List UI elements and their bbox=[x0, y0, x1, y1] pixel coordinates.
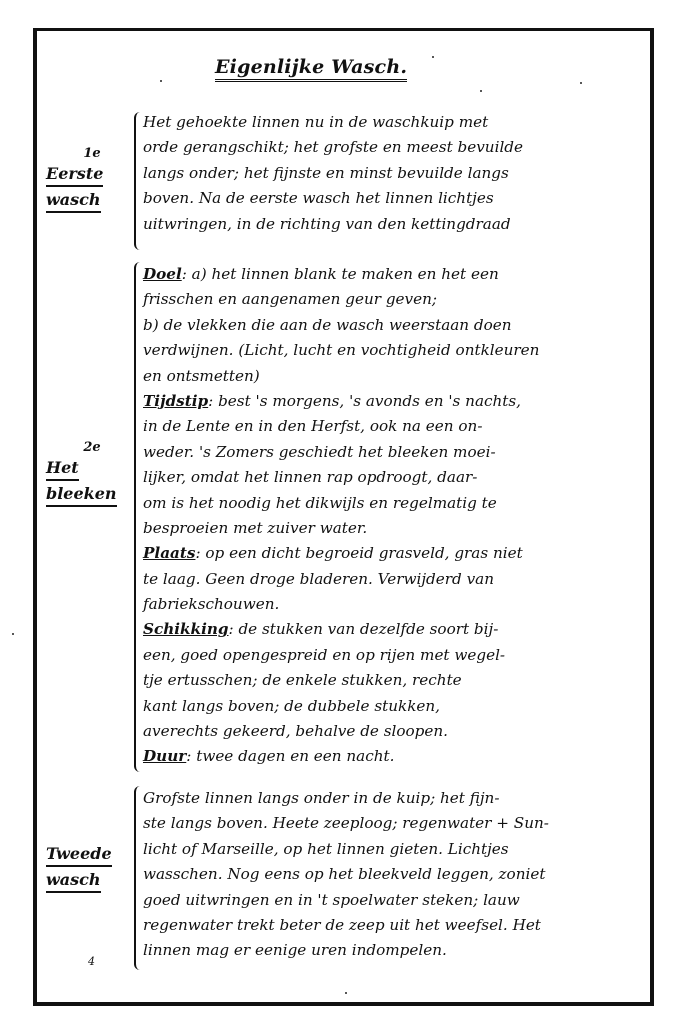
text-line: tje ertusschen; de enkele stukken, recht… bbox=[143, 668, 643, 693]
subheading: Doel bbox=[143, 265, 182, 283]
text-line: een, goed opengespreid en op rijen met w… bbox=[143, 643, 643, 668]
text-line: om is het noodig het dikwijls en regelma… bbox=[143, 491, 643, 516]
margin-note: 4 bbox=[88, 955, 95, 968]
text-line: ste langs boven. Heete zeeploog; regenwa… bbox=[143, 811, 643, 836]
subheading: Plaats bbox=[143, 544, 195, 562]
subheading: Duur bbox=[143, 747, 186, 765]
section-label-eerste-wasch: 1e Eerste wasch bbox=[46, 146, 122, 214]
text-line: verdwijnen. (Licht, lucht en vochtigheid… bbox=[143, 338, 643, 363]
subheading-text: : a) het linnen blank te maken en het ee… bbox=[182, 265, 499, 283]
text-line: regenwater trekt beter de zeep uit het w… bbox=[143, 913, 643, 938]
paper-speck bbox=[580, 82, 582, 84]
text-line: weder. 's Zomers geschiedt het bleeken m… bbox=[143, 440, 643, 465]
section-text-het-bleeken: Doel: a) het linnen blank te maken en he… bbox=[143, 262, 643, 770]
text-line: fabriekschouwen. bbox=[143, 592, 643, 617]
section-number: 2e bbox=[46, 440, 122, 456]
text-line: besproeien met zuiver water. bbox=[143, 516, 643, 541]
section-label-line: Het bbox=[46, 457, 79, 481]
paper-speck bbox=[432, 56, 434, 58]
section-label-het-bleeken: 2e Het bleeken bbox=[46, 440, 122, 508]
subheading: Schikking bbox=[143, 620, 229, 638]
text-line: uitwringen, in de richting van den ketti… bbox=[143, 212, 643, 237]
section-label-line: wasch bbox=[46, 189, 101, 213]
text-line: Grofste linnen langs onder in de kuip; h… bbox=[143, 786, 643, 811]
paper-speck bbox=[160, 80, 162, 82]
text-line: linnen mag er eenige uren indompelen. bbox=[143, 938, 643, 963]
text-line: b) de vlekken die aan de wasch weerstaan… bbox=[143, 313, 643, 338]
text-line: kant langs boven; de dubbele stukken, bbox=[143, 694, 643, 719]
text-line: Doel: a) het linnen blank te maken en he… bbox=[143, 262, 643, 287]
paper-speck bbox=[12, 633, 14, 635]
document-title: Eigenlijke Wasch. bbox=[215, 56, 407, 82]
subheading: Tijdstip bbox=[143, 392, 208, 410]
section-number: 1e bbox=[46, 146, 122, 162]
text-line: frisschen en aangenamen geur geven; bbox=[143, 287, 643, 312]
paper-speck bbox=[480, 90, 482, 92]
text-line: Plaats: op een dicht begroeid grasveld, … bbox=[143, 541, 643, 566]
section-text-tweede-wasch: Grofste linnen langs onder in de kuip; h… bbox=[143, 786, 643, 964]
text-line: Tijdstip: best 's morgens, 's avonds en … bbox=[143, 389, 643, 414]
section-label-line: bleeken bbox=[46, 483, 117, 507]
text-line: langs onder; het fijnste en minst bevuil… bbox=[143, 161, 643, 186]
text-line: Het gehoekte linnen nu in de waschkuip m… bbox=[143, 110, 643, 135]
text-line: in de Lente en in den Herfst, ook na een… bbox=[143, 414, 643, 439]
text-line: orde gerangschikt; het grofste en meest … bbox=[143, 135, 643, 160]
subheading-text: : op een dicht begroeid grasveld, gras n… bbox=[195, 544, 522, 562]
text-line: Schikking: de stukken van dezelfde soort… bbox=[143, 617, 643, 642]
text-line: wasschen. Nog eens op het bleekveld legg… bbox=[143, 862, 643, 887]
text-line: boven. Na de eerste wasch het linnen lic… bbox=[143, 186, 643, 211]
section-label-line: wasch bbox=[46, 869, 101, 893]
text-line: lijker, omdat het linnen rap opdroogt, d… bbox=[143, 465, 643, 490]
paper-speck bbox=[345, 992, 347, 994]
text-line: en ontsmetten) bbox=[143, 364, 643, 389]
text-line: averechts gekeerd, behalve de sloopen. bbox=[143, 719, 643, 744]
text-line: Duur: twee dagen en een nacht. bbox=[143, 744, 643, 769]
section-text-eerste-wasch: Het gehoekte linnen nu in de waschkuip m… bbox=[143, 110, 643, 237]
subheading-text: : de stukken van dezelfde soort bij- bbox=[229, 620, 499, 638]
section-label-tweede-wasch: Tweede wasch bbox=[46, 842, 122, 894]
subheading-text: : twee dagen en een nacht. bbox=[186, 747, 394, 765]
text-line: licht of Marseille, op het linnen gieten… bbox=[143, 837, 643, 862]
section-label-line: Tweede bbox=[46, 843, 112, 867]
text-line: goed uitwringen en in 't spoelwater stek… bbox=[143, 888, 643, 913]
section-label-line: Eerste bbox=[46, 163, 103, 187]
text-line: te laag. Geen droge bladeren. Verwijderd… bbox=[143, 567, 643, 592]
subheading-text: : best 's morgens, 's avonds en 's nacht… bbox=[208, 392, 521, 410]
